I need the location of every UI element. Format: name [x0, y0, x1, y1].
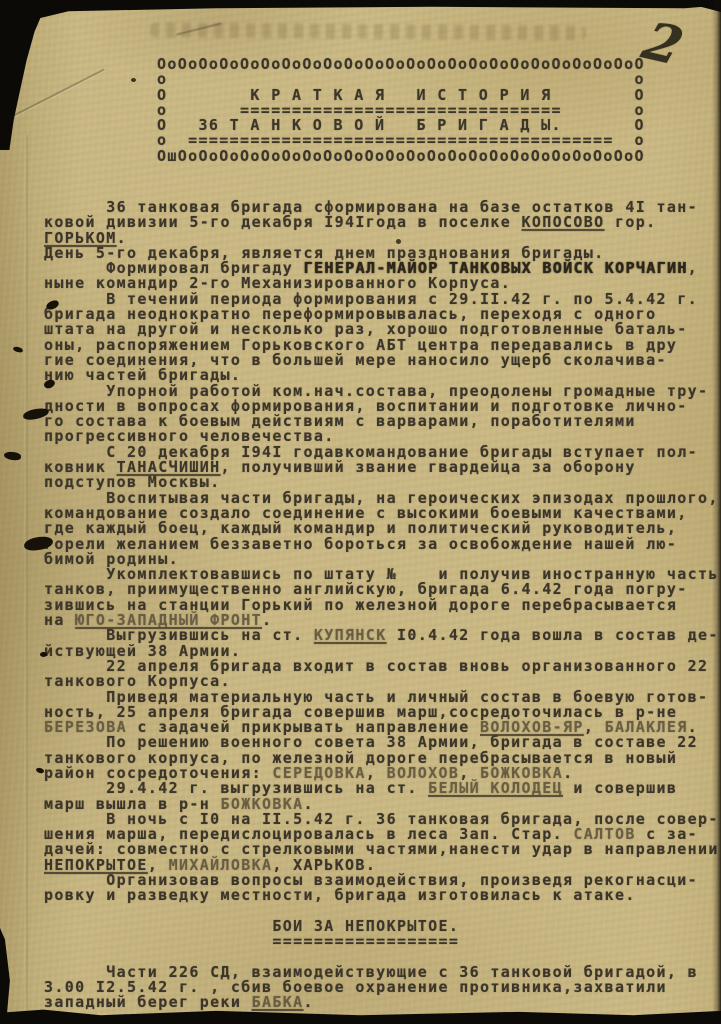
vertical-fold-crease: [24, 135, 28, 1015]
ink-speck: [396, 239, 401, 244]
scanned-document-page: { "page_number": "2", "colors": { "paper…: [0, 0, 721, 1024]
document-body: 36 танковая бригада сформирована на базе…: [44, 200, 719, 1011]
text-line: ==================: [44, 934, 719, 949]
ornament-line: ОшОоОоОоОоОоОоОоОоОоОоОоОоОоОоОоОоОоОоОо…: [157, 149, 645, 164]
scan-edge-right-shadow: [712, 0, 721, 1024]
ink-speck: [131, 78, 136, 82]
title-ornament-box: ОоОоОоОоОоОоОоОоОоОоОоОоОоОоОоОоОоОоОоОо…: [157, 57, 645, 164]
text-line: ковой дивизии 5-го декабря I94Iгода в по…: [44, 215, 719, 230]
ink-blotch: [40, 652, 47, 657]
text-line: западный берег реки БАБКА.: [44, 995, 719, 1010]
text-line: ровку и разведку местности, бригада изго…: [44, 888, 719, 903]
